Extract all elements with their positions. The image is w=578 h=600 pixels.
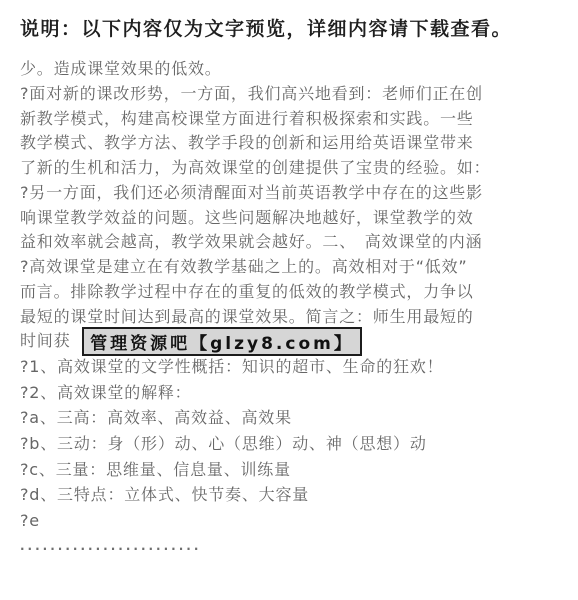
paragraph-line: 了新的生机和活力，为高效课堂的创建提供了宝贵的经验。如： [20,156,565,181]
paragraph-line: ?面对新的课改形势，一方面，我们高兴地看到：老师们正在创 [20,82,565,107]
list-line: ?d、三特点：立体式、快节奏、大容量 [20,482,565,508]
list-line: ?a、三高：高效率、高效益、高效果 [20,405,565,431]
list-block: ?1、高效课堂的文学性概括：知识的超市、生命的狂欢！ ?2、高效课堂的解释： ?… [20,354,565,560]
paragraph-line: 少。造成课堂效果的低效。 [20,57,565,82]
watermark-stamp: 管理资源吧【glzy8.com】 [82,327,362,356]
paragraph-line: 最短的课堂时间达到最高的课堂效果。简言之：师生用最短的 [20,305,565,330]
paragraph-line: 益和效率就会越高，教学效果就会越好。二、 高效课堂的内涵 [20,230,565,255]
paragraph-line: ?高效课堂是建立在有效教学基础之上的。高效相对于“低效” [20,255,565,280]
paragraph-line: 而言。排除教学过程中存在的重复的低效的教学模式，力争以 [20,280,565,305]
paragraph-block: 少。造成课堂效果的低效。 ?面对新的课改形势，一方面，我们高兴地看到：老师们正在… [20,57,565,354]
list-line: ?b、三动：身（形）动、心（思维）动、神（思想）动 [20,431,565,457]
paragraph-line: ?另一方面，我们还必须清醒面对当前英语教学中存在的这些影 [20,181,565,206]
list-line: ?e [20,508,565,534]
paragraph-line: 新教学模式，构建高校课堂方面进行着积极探索和实践。一些 [20,107,565,132]
paragraph-line: 响课堂教学效益的问题。这些问题解决地越好，课堂教学的效 [20,206,565,231]
ellipsis-line: ........................ [20,534,565,560]
preview-notice: 说明：以下内容仅为文字预览，详细内容请下载查看。 [20,14,512,41]
paragraph-line: 教学模式、教学方法、教学手段的创新和运用给英语课堂带来 [20,131,565,156]
list-line: ?2、高效课堂的解释： [20,380,565,406]
document-preview-page: 说明：以下内容仅为文字预览，详细内容请下载查看。 少。造成课堂效果的低效。 ?面… [0,0,578,600]
document-body: 少。造成课堂效果的低效。 ?面对新的课改形势，一方面，我们高兴地看到：老师们正在… [20,57,565,560]
list-line: ?1、高效课堂的文学性概括：知识的超市、生命的狂欢！ [20,354,565,380]
list-line: ?c、三量：思维量、信息量、训练量 [20,457,565,483]
